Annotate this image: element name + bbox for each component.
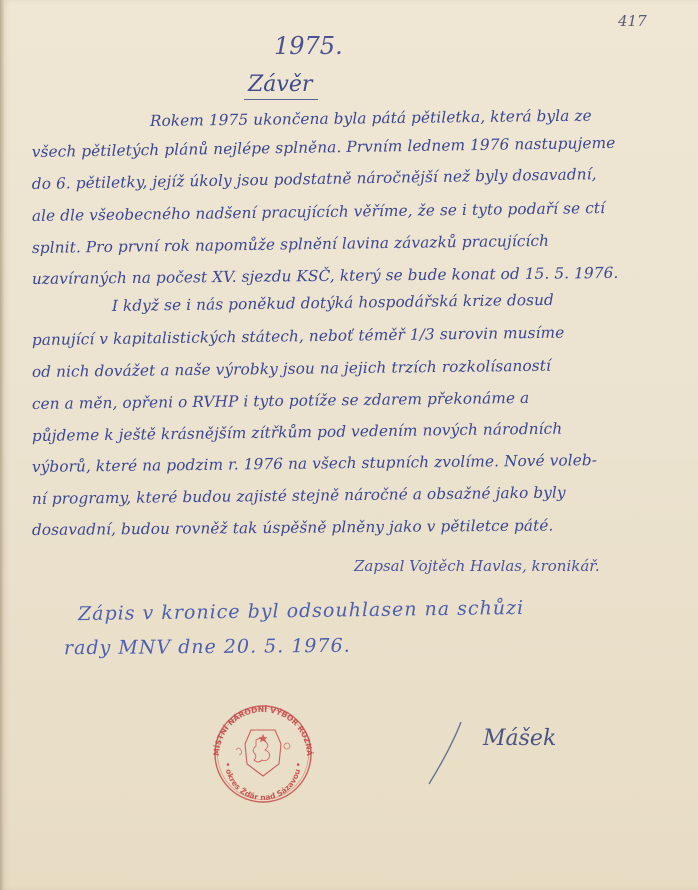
signature-stroke-icon (425, 718, 485, 788)
official-signature-text: Mášek (483, 726, 556, 751)
note-line: Zápis v kronice byl odsouhlasen na schůz… (78, 597, 524, 625)
text-line: splnit. Pro první rok napomůže splnění l… (32, 232, 549, 257)
text-line: uzavíraných na počest XV. sjezdu KSČ, kt… (32, 264, 619, 288)
text-line: výborů, které na podzim r. 1976 na všech… (32, 451, 597, 476)
svg-text:• okres Žďár nad Sázavou •: • okres Žďár nad Sázavou • (223, 762, 303, 802)
svg-text:MÍSTNÍ NÁRODNÍ VÝBOR ROZNÁ: MÍSTNÍ NÁRODNÍ VÝBOR ROZNÁ (212, 705, 314, 756)
text-line: dosavadní, budou rovněž tak úspěšně plně… (32, 516, 554, 539)
section-heading: Závěr (244, 72, 318, 100)
chronicler-signature: Zapsal Vojtěch Havlas, kronikář. (354, 557, 600, 575)
year-heading: 1975. (274, 32, 343, 60)
text-line: I když se i nás poněkud dotýká hospodářs… (112, 291, 554, 315)
text-line: cen a měn, opřeni o RVHP i tyto potíže s… (32, 389, 530, 413)
text-line: ale dle všeobecného nadšení pracujících … (32, 199, 605, 225)
official-signature: Mášek (425, 718, 605, 788)
chronicle-page: 417 1975. Závěr Rokem 1975 ukončena byla… (0, 0, 698, 890)
text-line: od nich dovážet a naše výrobky jsou na j… (32, 357, 551, 381)
official-stamp: MÍSTNÍ NÁRODNÍ VÝBOR ROZNÁ • okres Žďár … (203, 700, 323, 806)
stamp-seal-icon: MÍSTNÍ NÁRODNÍ VÝBOR ROZNÁ • okres Žďár … (203, 700, 323, 806)
text-line: Rokem 1975 ukončena byla pátá pětiletka,… (150, 107, 592, 130)
text-line: panující v kapitalistických státech, neb… (32, 324, 565, 349)
text-line: do 6. pětiletky, jejíž úkoly jsou podsta… (32, 165, 597, 193)
note-line: rady MNV dne 20. 5. 1976. (64, 635, 351, 660)
text-line: všech pětiletých plánů nejlépe splněna. … (32, 134, 616, 161)
text-line: ní programy, které budou zajisté stejně … (32, 483, 566, 508)
page-number: 417 (618, 12, 647, 30)
text-line: půjdeme k ještě krásnějším zítřkům pod v… (32, 420, 563, 445)
